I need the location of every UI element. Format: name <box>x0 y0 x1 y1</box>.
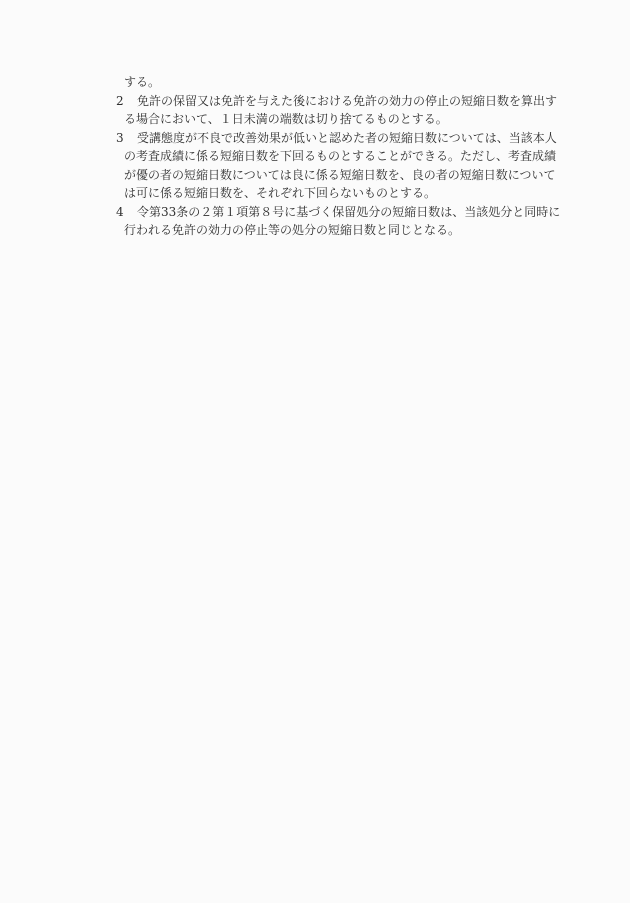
paragraph-line-text: 令第33条の２第１項第８号に基づく保留処分の短縮日数は、当該処分と同時に <box>137 205 560 219</box>
text-block: する。 2免許の保留又は免許を与えた後における免許の効力の停止の短縮日数を算出す… <box>116 73 566 240</box>
paragraph-line: 2免許の保留又は免許を与えた後における免許の効力の停止の短縮日数を算出す <box>116 92 566 111</box>
paragraph-line-text: 免許の保留又は免許を与えた後における免許の効力の停止の短縮日数を算出す <box>137 94 557 108</box>
item-number: 4 <box>116 203 137 222</box>
paragraph-line: する。 <box>116 73 566 92</box>
document-page: する。 2免許の保留又は免許を与えた後における免許の効力の停止の短縮日数を算出す… <box>0 0 630 903</box>
paragraph-line: が優の者の短縮日数については良に係る短縮日数を、良の者の短縮日数について <box>116 166 566 185</box>
paragraph-line: の考査成績に係る短縮日数を下回るものとすることができる。ただし、考査成績 <box>116 147 566 166</box>
paragraph-line: 4令第33条の２第１項第８号に基づく保留処分の短縮日数は、当該処分と同時に <box>116 203 566 222</box>
paragraph-line: 行われる免許の効力の停止等の処分の短縮日数と同じとなる。 <box>116 221 566 240</box>
paragraph-continuation: する。 <box>116 73 566 92</box>
paragraph-line-text: 受講態度が不良で改善効果が低いと認めた者の短縮日数については、当該本人 <box>137 131 557 145</box>
item-number: 2 <box>116 92 137 111</box>
paragraph-item-2: 2免許の保留又は免許を与えた後における免許の効力の停止の短縮日数を算出す る場合… <box>116 92 566 129</box>
paragraph-line: る場合において、１日未満の端数は切り捨てるものとする。 <box>116 110 566 129</box>
paragraph-item-3: 3受講態度が不良で改善効果が低いと認めた者の短縮日数については、当該本人 の考査… <box>116 129 566 203</box>
paragraph-line: は可に係る短縮日数を、それぞれ下回らないものとする。 <box>116 184 566 203</box>
paragraph-line: 3受講態度が不良で改善効果が低いと認めた者の短縮日数については、当該本人 <box>116 129 566 148</box>
item-number: 3 <box>116 129 137 148</box>
paragraph-item-4: 4令第33条の２第１項第８号に基づく保留処分の短縮日数は、当該処分と同時に 行わ… <box>116 203 566 240</box>
